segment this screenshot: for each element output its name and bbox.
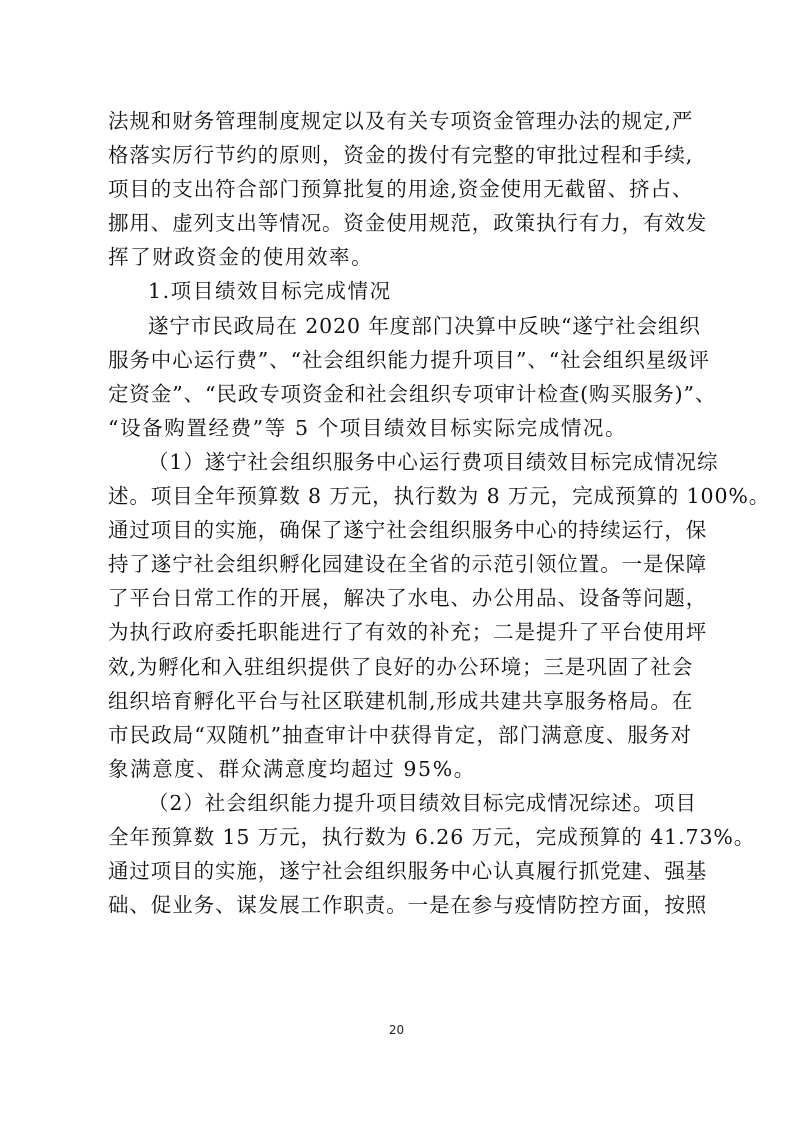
text-line-21: （2）社会组织能力提升项目绩效目标完成情况综述。项目 <box>108 786 692 820</box>
text-line-4: 挪用、虚列支出等情况。资金使用规范，政策执行有力，有效发 <box>108 206 692 240</box>
text-line-24: 础、促业务、谋发展工作职责。一是在参与疫情防控方面，按照 <box>108 888 692 922</box>
text-line-22: 全年预算数 15 万元，执行数为 6.26 万元，完成预算的 41.73%。 <box>108 820 692 854</box>
text-line-20: 象满意度、群众满意度均超过 95%。 <box>108 752 692 786</box>
text-line-1: 法规和财务管理制度规定以及有关专项资金管理办法的规定,严 <box>108 104 692 138</box>
text-line-5: 挥了财政资金的使用效率。 <box>108 240 692 274</box>
text-line-8: 服务中心运行费”、“社会组织能力提升项目”、“社会组织星级评 <box>108 343 692 377</box>
text-line-7: 遂宁市民政局在 2020 年度部门决算中反映“遂宁社会组织 <box>108 309 692 343</box>
text-line-19: 市民政局“双随机”抽查审计中获得肯定，部门满意度、服务对 <box>108 718 692 752</box>
text-line-10: “设备购置经费”等 5 个项目绩效目标实际完成情况。 <box>108 411 692 445</box>
text-line-17: 效,为孵化和入驻组织提供了良好的办公环境；三是巩固了社会 <box>108 650 692 684</box>
text-line-12: 述。项目全年预算数 8 万元，执行数为 8 万元，完成预算的 100%。 <box>108 479 692 513</box>
text-line-15: 了平台日常工作的开展，解决了水电、办公用品、设备等问题， <box>108 581 692 615</box>
text-line-18: 组织培育孵化平台与社区联建机制,形成共建共享服务格局。在 <box>108 684 692 718</box>
text-line-3: 项目的支出符合部门预算批复的用途,资金使用无截留、挤占、 <box>108 172 692 206</box>
body-text: 法规和财务管理制度规定以及有关专项资金管理办法的规定,严 格落实厉行节约的原则，… <box>108 104 692 922</box>
text-line-13: 通过项目的实施，确保了遂宁社会组织服务中心的持续运行，保 <box>108 513 692 547</box>
text-line-9: 定资金”、“民政专项资金和社会组织专项审计检查(购买服务)”、 <box>108 377 692 411</box>
section-heading: 1.项目绩效目标完成情况 <box>108 274 692 308</box>
document-page: 法规和财务管理制度规定以及有关专项资金管理办法的规定,严 格落实厉行节约的原则，… <box>0 0 793 1122</box>
text-line-16: 为执行政府委托职能进行了有效的补充；二是提升了平台使用坪 <box>108 615 692 649</box>
text-line-2: 格落实厉行节约的原则，资金的拨付有完整的审批过程和手续, <box>108 138 692 172</box>
text-line-11: （1）遂宁社会组织服务中心运行费项目绩效目标完成情况综 <box>108 445 692 479</box>
text-line-14: 持了遂宁社会组织孵化园建设在全省的示范引领位置。一是保障 <box>108 547 692 581</box>
text-line-23: 通过项目的实施，遂宁社会组织服务中心认真履行抓党建、强基 <box>108 854 692 888</box>
page-number: 20 <box>0 1023 793 1037</box>
